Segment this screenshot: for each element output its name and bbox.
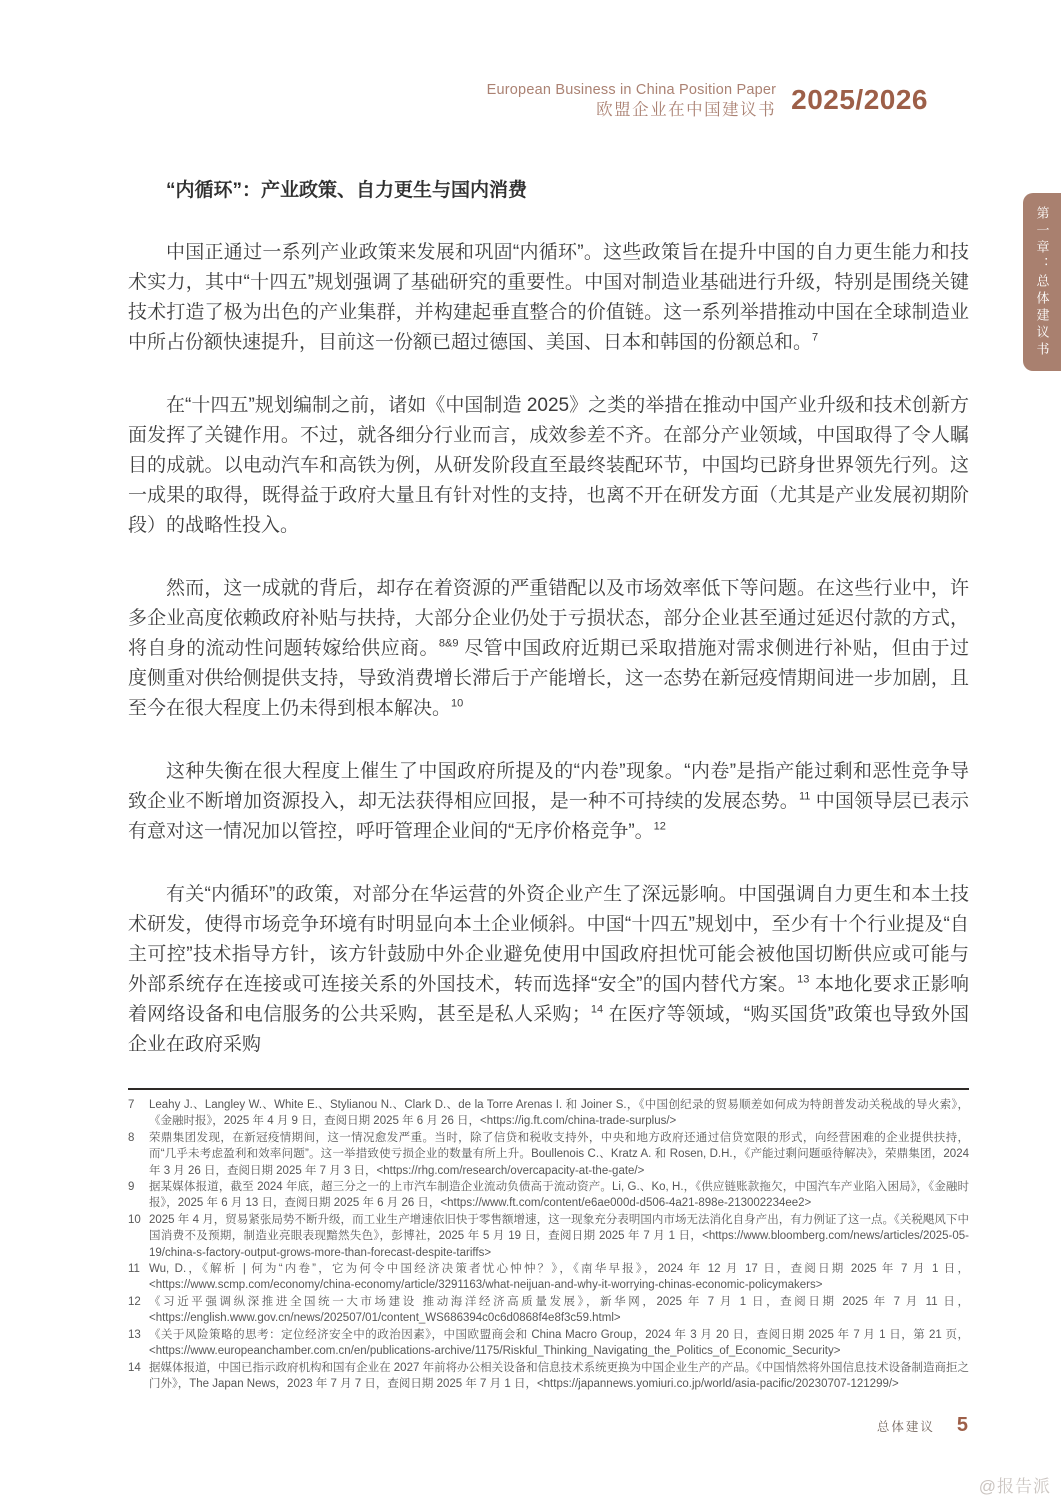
header-title-english: European Business in China Position Pape… <box>487 82 777 99</box>
footnote-number: 8 <box>128 1130 149 1179</box>
footnote-item: 13《关于风险策略的思考：定位经济安全中的政治因素》，中国欧盟商会和 China… <box>128 1327 969 1360</box>
body-paragraphs: 中国正通过一系列产业政策来发展和巩固“内循环”。这些政策旨在提升中国的自力更生能… <box>128 238 969 1060</box>
footnote-text: 《习近平强调纵深推进全国统一大市场建设 推动海洋经济高质量发展》，新华网，202… <box>149 1294 969 1327</box>
footnote-text: 2025 年 4 月，贸易紧张局势不断升级，而工业生产增速依旧快于零售额增速，这… <box>149 1212 969 1261</box>
footnote-item: 8荣鼎集团发现，在新冠疫情期间，这一情况愈发严重。当时，除了信贷和税收支持外，中… <box>128 1130 969 1179</box>
chapter-side-tab[interactable]: 第一章：总体建议书 <box>1023 193 1061 371</box>
body-paragraph: 然而，这一成就的背后，却存在着资源的严重错配以及市场效率低下等问题。在这些行业中… <box>128 574 969 724</box>
footnote-number: 11 <box>128 1261 149 1294</box>
footnotes-block: 7Leahy J.、Langley W.、White E.、Stylianou … <box>128 1097 969 1392</box>
footer-section-label: 总体建议 <box>877 1417 935 1435</box>
footnote-item: 102025 年 4 月，贸易紧张局势不断升级，而工业生产增速依旧快于零售额增速… <box>128 1212 969 1261</box>
footnote-text: 《关于风险策略的思考：定位经济安全中的政治因素》，中国欧盟商会和 China M… <box>149 1327 969 1360</box>
footnote-reference: 13 <box>797 974 809 986</box>
footnote-reference: 8&9 <box>439 638 459 650</box>
footnote-number: 14 <box>128 1360 149 1393</box>
footnote-number: 7 <box>128 1097 149 1130</box>
footnote-item: 9据某媒体报道，截至 2024 年底，超三分之一的上市汽车制造企业流动负债高于流… <box>128 1179 969 1212</box>
footnote-divider <box>128 1088 969 1090</box>
header-titles: European Business in China Position Pape… <box>487 82 777 120</box>
footnote-reference: 10 <box>451 698 463 710</box>
document-page: European Business in China Position Pape… <box>0 0 1061 1500</box>
body-paragraph: 有关“内循环”的政策，对部分在华运营的外资企业产生了深远影响。中国强调自力更生和… <box>128 880 969 1060</box>
header-edition-year: 2025/2026 <box>791 82 928 118</box>
chapter-side-tab-label: 第一章：总体建议书 <box>1036 206 1049 359</box>
footnote-text: 据某媒体报道，截至 2024 年底，超三分之一的上市汽车制造企业流动负债高于流动… <box>149 1179 969 1212</box>
footer-page-number: 5 <box>957 1414 968 1437</box>
footnote-text: Leahy J.、Langley W.、White E.、Stylianou N… <box>149 1097 969 1130</box>
page-footer: 总体建议 5 <box>877 1414 968 1437</box>
footnote-number: 10 <box>128 1212 149 1261</box>
footnote-number: 12 <box>128 1294 149 1327</box>
footnote-text: 荣鼎集团发现，在新冠疫情期间，这一情况愈发严重。当时，除了信贷和税收支持外，中央… <box>149 1130 969 1179</box>
page-content: “内循环”：产业政策、自力更生与国内消费 中国正通过一系列产业政策来发展和巩固“… <box>128 178 969 1093</box>
footnote-item: 14据媒体报道，中国已指示政府机构和国有企业在 2027 年前将办公相关设备和信… <box>128 1360 969 1393</box>
footnote-number: 9 <box>128 1179 149 1212</box>
footnote-reference: 11 <box>799 791 810 803</box>
body-paragraph: 在“十四五”规划编制之前，诸如《中国制造 2025》之类的举措在推动中国产业升级… <box>128 391 969 541</box>
footnote-reference: 14 <box>591 1004 603 1016</box>
footnote-reference: 7 <box>812 332 818 344</box>
footnote-text: Wu, D.，《解析 | 何为“内卷”，它为何令中国经济决策者忧心忡忡？》，《南… <box>149 1261 969 1294</box>
body-paragraph: 这种失衡在很大程度上催生了中国政府所提及的“内卷”现象。“内卷”是指产能过剩和恶… <box>128 757 969 847</box>
footnote-text: 据媒体报道，中国已指示政府机构和国有企业在 2027 年前将办公相关设备和信息技… <box>149 1360 969 1393</box>
page-header: European Business in China Position Pape… <box>487 82 928 120</box>
footnote-item: 12《习近平强调纵深推进全国统一大市场建设 推动海洋经济高质量发展》，新华网，2… <box>128 1294 969 1327</box>
watermark: @报告派 <box>979 1472 1051 1497</box>
header-title-chinese: 欧盟企业在中国建议书 <box>487 100 777 120</box>
body-paragraph: 中国正通过一系列产业政策来发展和巩固“内循环”。这些政策旨在提升中国的自力更生能… <box>128 238 969 358</box>
footnote-item: 11Wu, D.，《解析 | 何为“内卷”，它为何令中国经济决策者忧心忡忡？》，… <box>128 1261 969 1294</box>
footnote-item: 7Leahy J.、Langley W.、White E.、Stylianou … <box>128 1097 969 1130</box>
footnote-reference: 12 <box>654 821 666 833</box>
section-title: “内循环”：产业政策、自力更生与国内消费 <box>128 178 969 204</box>
footnote-number: 13 <box>128 1327 149 1360</box>
